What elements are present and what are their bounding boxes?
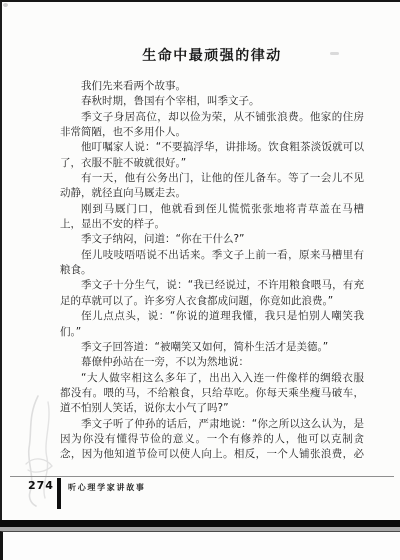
scanned-book-page: 生命中最顽强的律动 我们先来看两个故事。春秋时期，鲁国有个宰相，叫季文子。季文子… [0, 0, 400, 560]
chapter-title: 生命中最顽强的律动 [60, 45, 364, 65]
text-line: 因为你没有懂得节俭的意义。一个有修养的人，他可以克制贪 [60, 432, 364, 447]
page-edge-shadow [0, 520, 400, 527]
text-line: 侄儿吱吱唔唔说不出话来。季文子上前一看，原来马槽里有 [60, 248, 364, 263]
text-line: 足的草就可以了。许多穷人衣食都成问题，你竟如此浪费。” [60, 294, 364, 309]
text-line: 刚到马厩门口，他就看到侄儿慌慌张张地将青草盖在马槽 [60, 202, 364, 217]
footer-divider-bar [57, 478, 61, 509]
text-line: 我们先来看两个故事。 [60, 79, 364, 94]
text-line: 幕僚仲孙站在一旁，不以为然地说： [60, 355, 364, 370]
text-line: 动静，就径直向马厩走去。 [60, 186, 364, 201]
text-line: 季文子纳闷，问道：“你在干什么?” [60, 232, 364, 247]
page-number: 274 [28, 479, 54, 492]
text-line: 们。” [60, 325, 364, 340]
text-line: “大人做宰相这么多年了，出出入入连一件像样的绸缎衣服 [60, 371, 364, 386]
text-line: 春秋时期，鲁国有个宰相，叫季文子。 [60, 94, 364, 109]
text-line: 粮食。 [60, 263, 364, 278]
scan-speck [3, 3, 8, 7]
text-line: 季文子身居高位，却以俭为荣，从不铺张浪费。他家的住房 [60, 110, 364, 125]
text-line: 非常简陋，也不多用仆人。 [60, 125, 364, 140]
book-title: 听心理学家讲故事 [68, 482, 146, 493]
text-line: 季文子听了仲孙的话后，严肃地说：“你之所以这么认为，是 [60, 417, 364, 432]
text-line: 有一天，他有公务出门，让他的侄儿备车。等了一会儿不见 [60, 171, 364, 186]
book-page: 生命中最顽强的律动 我们先来看两个故事。春秋时期，鲁国有个宰相，叫季文子。季文子… [0, 0, 400, 520]
text-line: 都没有。喂的马，不给粮食，只给草吃。你每天乘坐瘦马破车，难 [60, 386, 364, 401]
text-line: 他叮嘱家人说：“不要搞浮华，讲排场。饮食粗茶淡饭就可以 [60, 140, 364, 155]
text-line: 季文子回答道：“被嘲笑又如何，简朴生活才是美德。” [60, 340, 364, 355]
text-line: 侄儿点点头，说：“你说的道理我懂，我只是怕别人嘲笑我 [60, 309, 364, 324]
next-page-edge [0, 531, 400, 560]
text-line: 上，显出不安的样子。 [60, 217, 364, 232]
footer-rule [10, 476, 394, 477]
text-line: 念，因为他知道节俭可以使人向上。相反，一个人铺张浪费，必然 [60, 447, 364, 462]
body-text: 我们先来看两个故事。春秋时期，鲁国有个宰相，叫季文子。季文子身居高位，却以俭为荣… [60, 79, 364, 463]
text-line: 季文子十分生气，说：“我已经说过，不许用粮食喂马，有充 [60, 278, 364, 293]
text-line: 道不怕别人笑话，说你太小气了吗?” [60, 401, 364, 416]
text-line: 了，衣服不脏不破就很好。” [60, 156, 364, 171]
